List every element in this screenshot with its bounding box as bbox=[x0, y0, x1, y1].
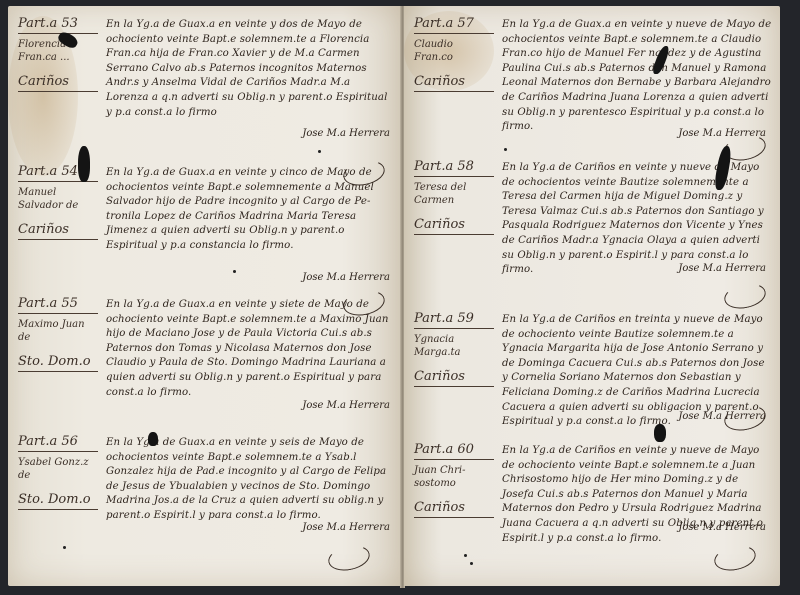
baptized-name: Juan Chri­sostomo bbox=[414, 464, 494, 490]
right-page: Part.a 57 Claudio Fran.co Cariños En la … bbox=[404, 6, 780, 586]
baptized-name: Claudio Fran.co bbox=[414, 38, 494, 64]
ink-speck bbox=[504, 148, 507, 151]
ink-speck bbox=[318, 150, 321, 153]
priest-signature: Jose M.a Herrera bbox=[678, 263, 766, 274]
entry-number: Part.a 57 bbox=[414, 16, 494, 34]
entry-margin: Part.a 56 Ysabel Gonz.z de Sto. Dom.o bbox=[18, 434, 98, 510]
parish-name: Cariños bbox=[414, 369, 494, 387]
entry-number: Part.a 58 bbox=[414, 159, 494, 177]
register-entry: Part.a 53 Florencia Fran.ca ... Cariños … bbox=[18, 16, 398, 136]
register-entry: Part.a 59 Ygnacia Marga.ta Cariños En la… bbox=[414, 311, 774, 431]
ink-speck bbox=[464, 554, 467, 557]
register-entry: Part.a 54 Manuel Salvador de Cariños En … bbox=[18, 164, 398, 284]
parish-name: Sto. Dom.o bbox=[18, 354, 98, 372]
parish-name: Cariños bbox=[414, 74, 494, 92]
parish-name: Cariños bbox=[414, 500, 494, 518]
priest-signature: Jose M.a Herrera bbox=[302, 272, 390, 283]
entry-margin: Part.a 55 Maximo Juan de Sto. Dom.o bbox=[18, 296, 98, 372]
priest-signature: Jose M.a Herrera bbox=[302, 522, 390, 533]
baptized-name: Manuel Salvador de bbox=[18, 186, 98, 212]
entry-text: En la Yg.a de Cariños en veinte y nueve … bbox=[502, 161, 772, 278]
register-entry: Part.a 60 Juan Chri­sostomo Cariños En l… bbox=[414, 442, 774, 562]
signature-flourish bbox=[722, 280, 768, 312]
entry-margin: Part.a 57 Claudio Fran.co Cariños bbox=[414, 16, 494, 92]
entry-margin: Part.a 60 Juan Chri­sostomo Cariños bbox=[414, 442, 494, 518]
ink-speck bbox=[63, 546, 66, 549]
parish-name: Cariños bbox=[414, 217, 494, 235]
entry-number: Part.a 53 bbox=[18, 16, 98, 34]
entry-text: En la Yg.a de Guax.a en veinte y seis de… bbox=[106, 436, 391, 524]
register-entry: Part.a 56 Ysabel Gonz.z de Sto. Dom.o En… bbox=[18, 434, 398, 554]
entry-number: Part.a 59 bbox=[414, 311, 494, 329]
parish-name: Sto. Dom.o bbox=[18, 492, 98, 510]
ink-speck bbox=[470, 562, 473, 565]
entry-text: En la Yg.a de Guax.a en veinte y nueve d… bbox=[502, 18, 772, 135]
priest-signature: Jose M.a Herrera bbox=[302, 128, 390, 139]
baptized-name: Teresa del Carmen bbox=[414, 181, 494, 207]
entry-number: Part.a 60 bbox=[414, 442, 494, 460]
book-spread: Part.a 53 Florencia Fran.ca ... Cariños … bbox=[6, 6, 794, 590]
entry-number: Part.a 56 bbox=[18, 434, 98, 452]
entry-number: Part.a 55 bbox=[18, 296, 98, 314]
priest-signature: Jose M.a Herrera bbox=[678, 522, 766, 533]
ink-blot bbox=[78, 146, 90, 182]
register-entry: Part.a 55 Maximo Juan de Sto. Dom.o En l… bbox=[18, 296, 398, 416]
register-entry: Part.a 57 Claudio Fran.co Cariños En la … bbox=[414, 16, 774, 136]
entry-margin: Part.a 59 Ygnacia Marga.ta Cariños bbox=[414, 311, 494, 387]
baptized-name: Ysabel Gonz.z de bbox=[18, 456, 98, 482]
parish-name: Cariños bbox=[18, 222, 98, 240]
ink-blot bbox=[654, 424, 666, 442]
ink-blot bbox=[148, 432, 158, 446]
left-page: Part.a 53 Florencia Fran.ca ... Cariños … bbox=[8, 6, 401, 586]
entry-margin: Part.a 53 Florencia Fran.ca ... Cariños bbox=[18, 16, 98, 92]
entry-margin: Part.a 58 Teresa del Carmen Cariños bbox=[414, 159, 494, 235]
baptized-name: Florencia Fran.ca ... bbox=[18, 38, 98, 64]
entry-text: En la Yg.a de Guax.a en veinte y dos de … bbox=[106, 18, 391, 120]
priest-signature: Jose M.a Herrera bbox=[302, 400, 390, 411]
baptized-name: Maximo Juan de bbox=[18, 318, 98, 344]
ink-speck bbox=[233, 270, 236, 273]
baptized-name: Ygnacia Marga.ta bbox=[414, 333, 494, 359]
parish-name: Cariños bbox=[18, 74, 98, 92]
